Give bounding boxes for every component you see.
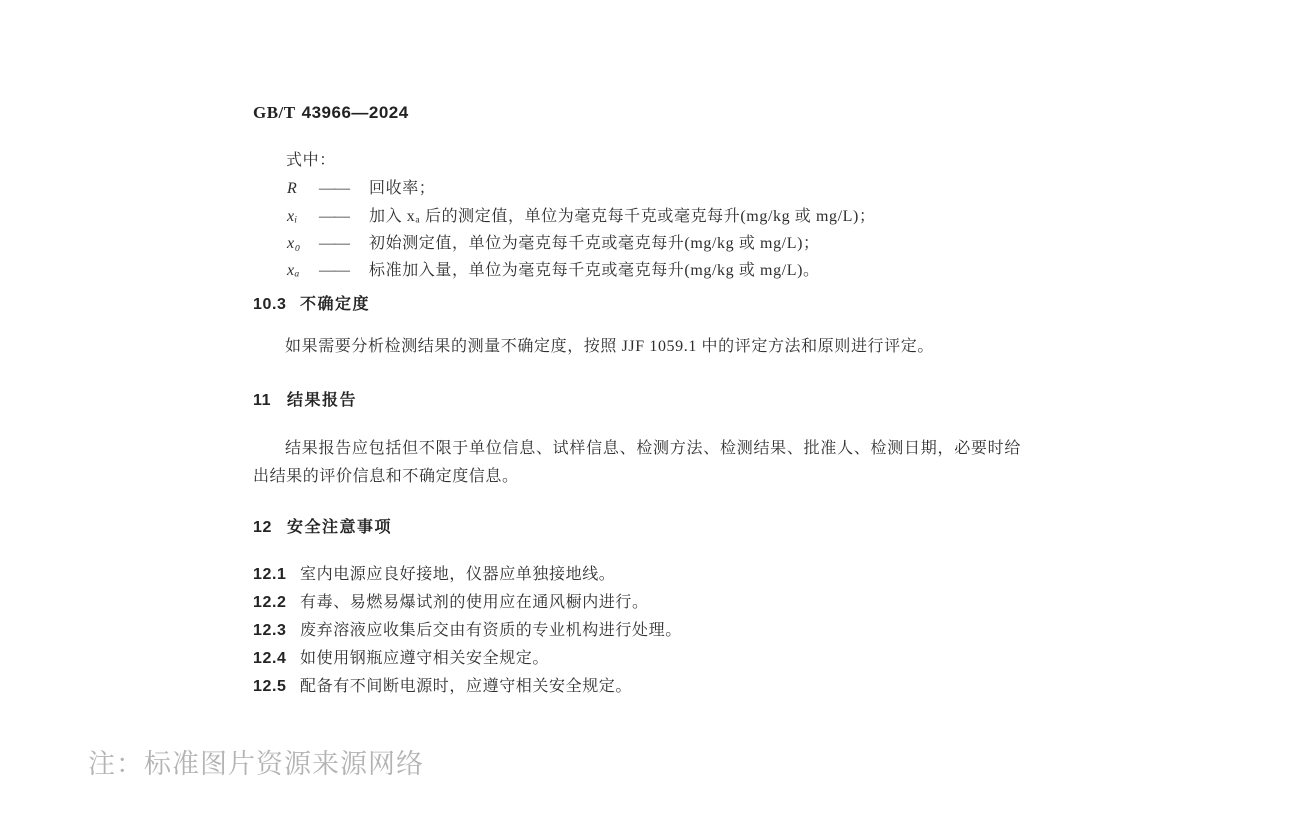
formula-dash: ——	[319, 235, 369, 253]
section-heading-report: 11 结果报告	[253, 387, 357, 410]
safety-item-number: 12.2	[253, 594, 300, 612]
safety-item-text: 废弃溶液应收集后交由有资质的专业机构进行处理。	[300, 617, 682, 640]
formula-item-xa: xₐ —— 标准加入量，单位为毫克每千克或毫克每升(mg/kg 或 mg/L)。	[287, 257, 820, 280]
safety-item-number: 12.4	[253, 650, 300, 668]
section-number: 12	[253, 519, 287, 537]
formula-symbol: xₐ	[287, 262, 319, 280]
formula-desc: 标准加入量，单位为毫克每千克或毫克每升(mg/kg 或 mg/L)。	[369, 257, 820, 280]
document-page: GB/T43966—2024 式中： R —— 回收率； xᵢ —— 加入 xₐ…	[0, 0, 1300, 829]
formula-desc: 初始测定值，单位为毫克每千克或毫克每升(mg/kg 或 mg/L)；	[369, 230, 820, 253]
formula-dash: ——	[319, 208, 369, 226]
formula-item-x0: x₀ —— 初始测定值，单位为毫克每千克或毫克每升(mg/kg 或 mg/L)；	[287, 230, 820, 253]
standard-code: 43966—2024	[302, 103, 409, 122]
safety-item-text: 有毒、易燃易爆试剂的使用应在通风橱内进行。	[300, 589, 649, 612]
formula-symbol: x₀	[287, 235, 319, 253]
standard-number-header: GB/T43966—2024	[253, 103, 409, 123]
safety-item-number: 12.3	[253, 622, 300, 640]
safety-item-3: 12.3 废弃溶液应收集后交由有资质的专业机构进行处理。	[253, 617, 682, 640]
formula-intro: 式中：	[286, 147, 336, 170]
section-title: 安全注意事项	[287, 514, 392, 537]
safety-item-1: 12.1 室内电源应良好接地，仪器应单独接地线。	[253, 561, 615, 584]
safety-item-text: 配备有不间断电源时，应遵守相关安全规定。	[300, 673, 632, 696]
safety-item-text: 室内电源应良好接地，仪器应单独接地线。	[300, 561, 615, 584]
safety-item-number: 12.5	[253, 678, 300, 696]
formula-symbol: xᵢ	[287, 208, 319, 226]
section-heading-safety: 12 安全注意事项	[253, 514, 392, 537]
safety-item-text: 如使用钢瓶应遵守相关安全规定。	[300, 645, 549, 668]
uncertainty-paragraph: 如果需要分析检测结果的测量不确定度，按照 JJF 1059.1 中的评定方法和原…	[253, 333, 1021, 361]
formula-item-xi: xᵢ —— 加入 xₐ 后的测定值，单位为毫克每千克或毫克每升(mg/kg 或 …	[287, 203, 876, 226]
formula-dash: ——	[319, 262, 369, 280]
formula-desc: 加入 xₐ 后的测定值，单位为毫克每千克或毫克每升(mg/kg 或 mg/L)；	[369, 203, 876, 226]
safety-item-number: 12.1	[253, 566, 300, 584]
formula-desc: 回收率；	[369, 175, 435, 198]
standard-prefix: GB/T	[253, 103, 296, 122]
safety-item-2: 12.2 有毒、易燃易爆试剂的使用应在通风橱内进行。	[253, 589, 649, 612]
formula-item-R: R —— 回收率；	[287, 175, 435, 198]
safety-item-5: 12.5 配备有不间断电源时，应遵守相关安全规定。	[253, 673, 632, 696]
report-paragraph: 结果报告应包括但不限于单位信息、试样信息、检测方法、检测结果、批准人、检测日期，…	[253, 435, 1021, 491]
section-title: 不确定度	[300, 291, 370, 314]
section-title: 结果报告	[287, 387, 357, 410]
source-note: 注：标准图片资源来源网络	[88, 742, 424, 781]
safety-item-4: 12.4 如使用钢瓶应遵守相关安全规定。	[253, 645, 549, 668]
formula-dash: ——	[319, 180, 369, 198]
section-number: 11	[253, 392, 287, 410]
section-heading-uncertainty: 10.3 不确定度	[253, 291, 370, 314]
formula-symbol: R	[287, 180, 319, 198]
section-number: 10.3	[253, 296, 300, 314]
